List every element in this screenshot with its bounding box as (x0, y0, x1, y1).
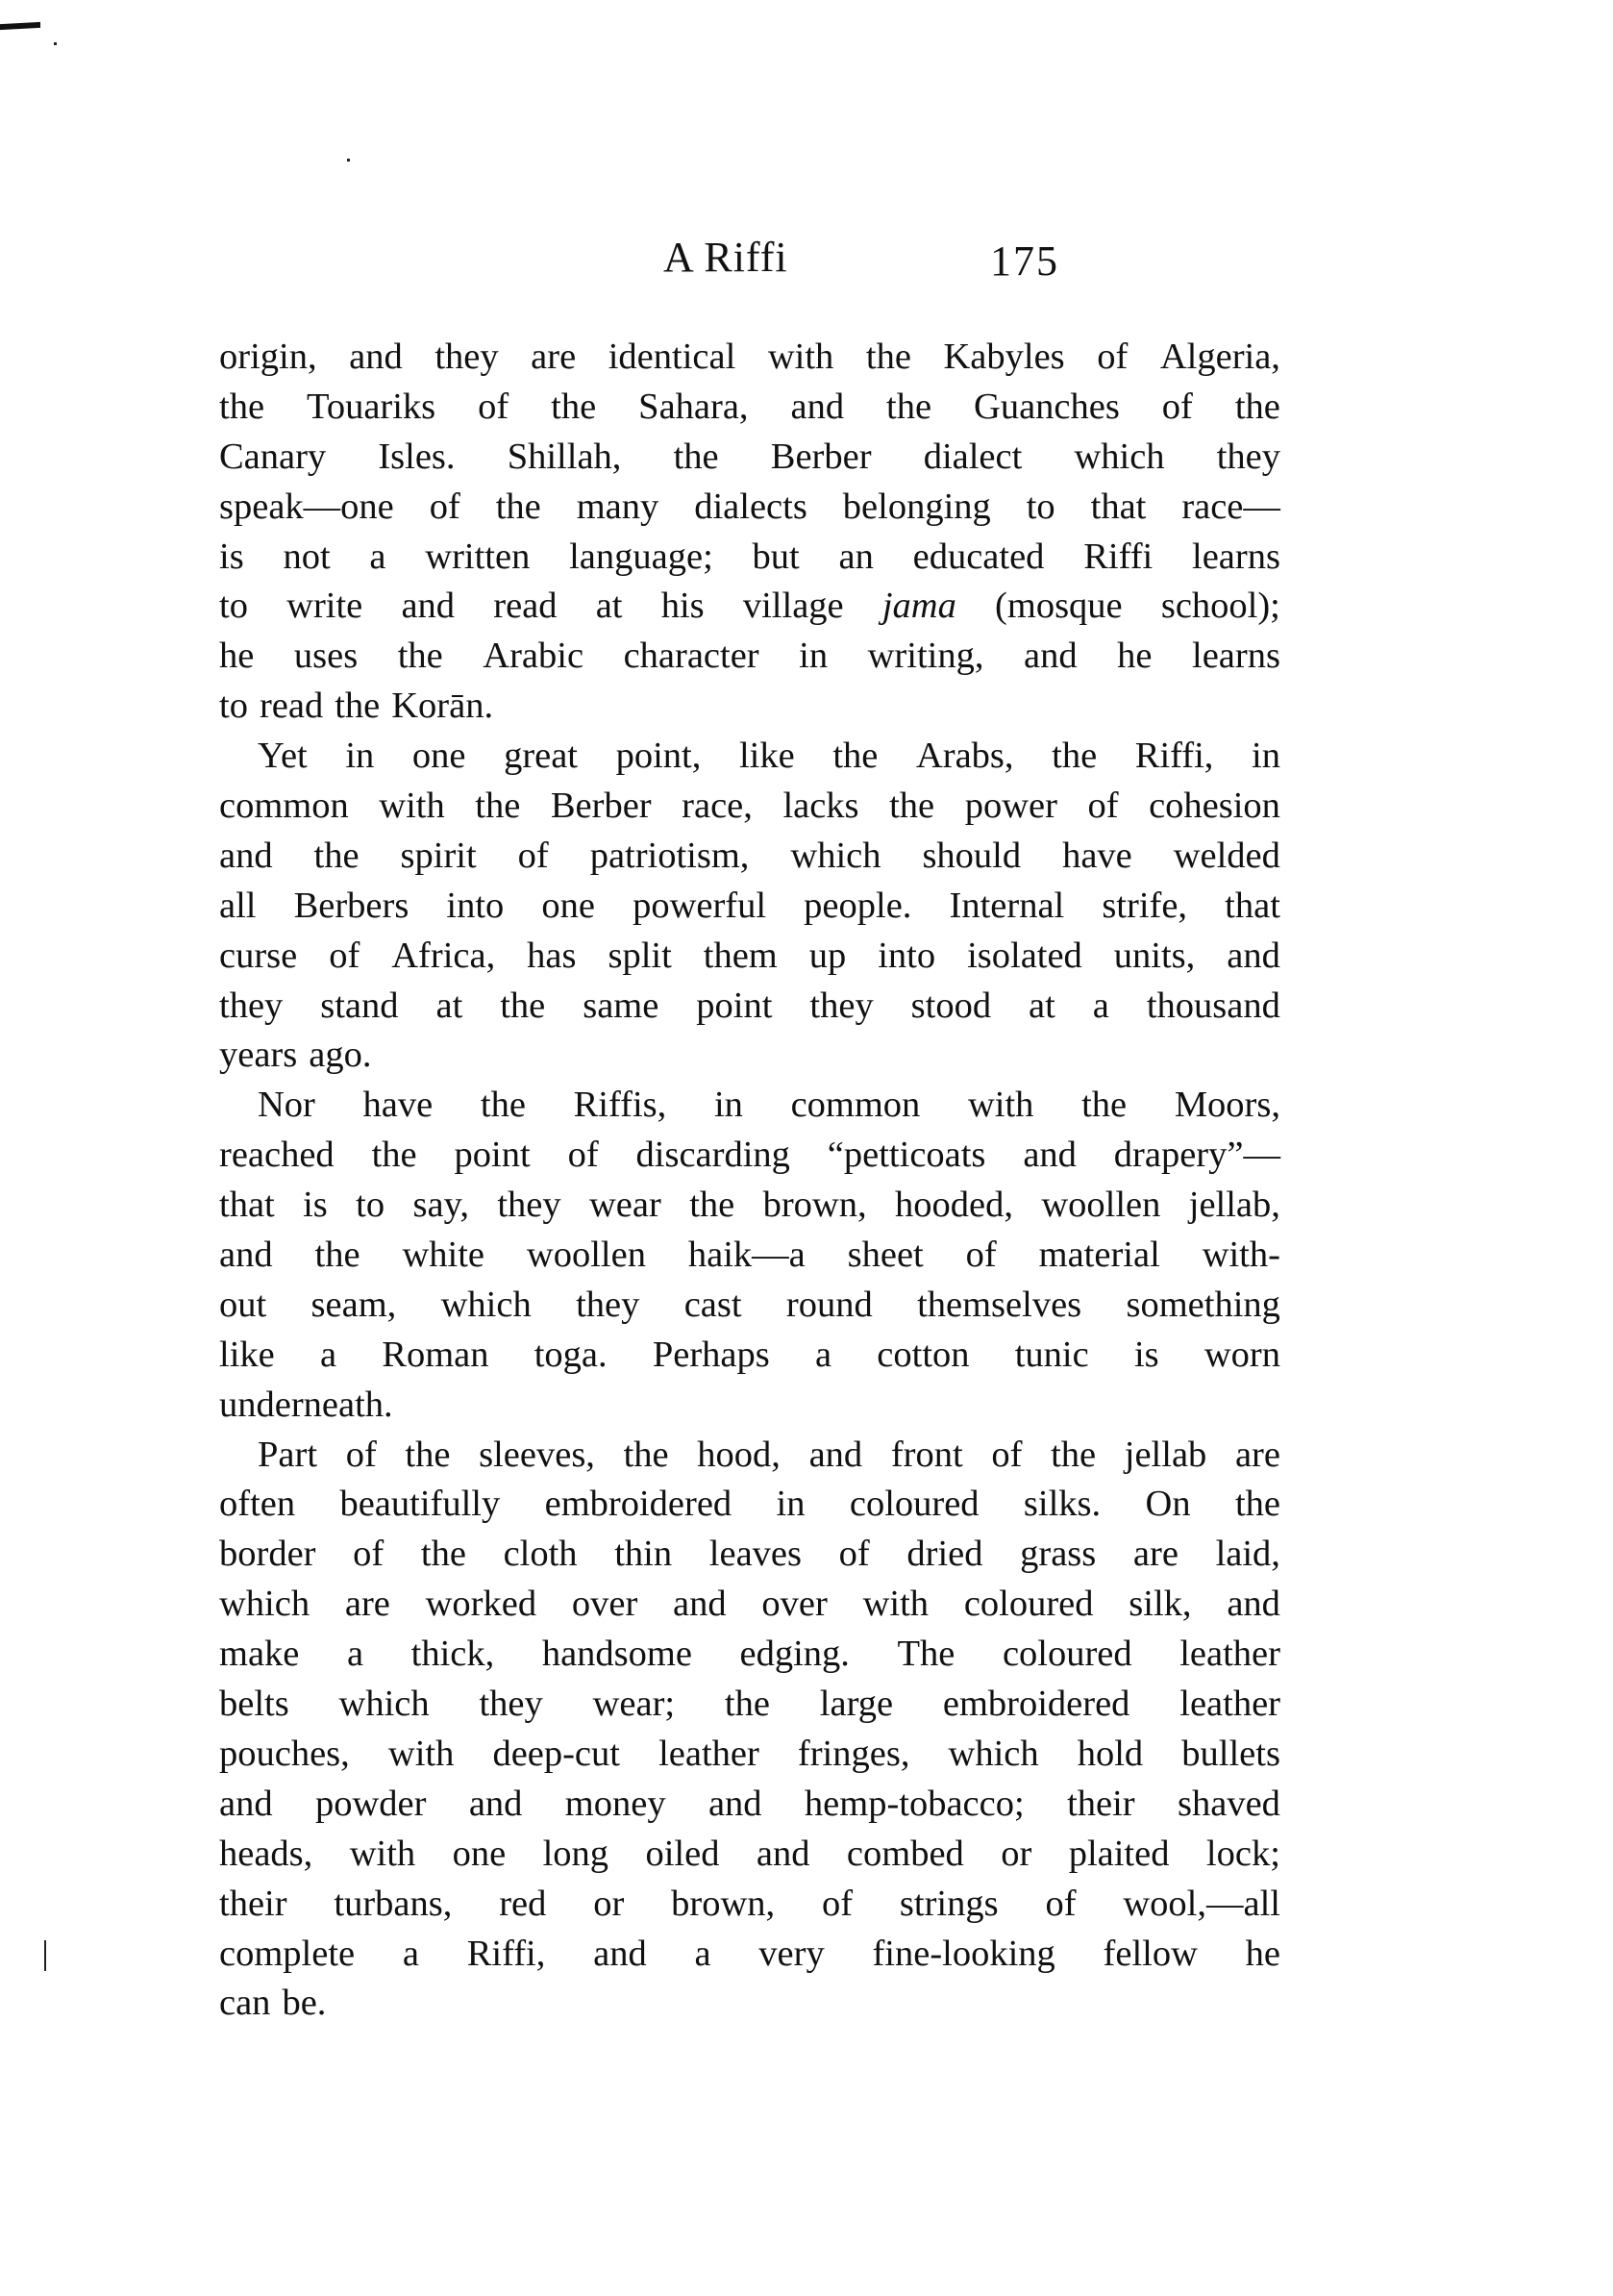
word: brown, (763, 1181, 867, 1231)
word: to (356, 1181, 385, 1231)
word: fellow (1104, 1930, 1198, 1980)
word: Yet (258, 732, 308, 782)
word: the (889, 782, 934, 832)
word: woollen (1041, 1181, 1160, 1231)
word: of (353, 1530, 384, 1580)
paragraph: Partofthesleeves,thehood,andfrontoftheje… (219, 1431, 1280, 2030)
word: many (577, 483, 659, 533)
word: grass (1020, 1530, 1096, 1580)
text-line: canbe. (219, 1979, 1280, 2029)
word: drapery”— (1114, 1131, 1280, 1181)
word: edging. (740, 1630, 850, 1680)
word: oiled (645, 1830, 719, 1880)
text-line: andpowderandmoneyandhemp-tobacco;theirsh… (219, 1780, 1280, 1830)
running-title: A Riffi (663, 229, 788, 287)
word: point (455, 1131, 531, 1181)
word: of (1097, 333, 1128, 383)
word: the (886, 383, 931, 433)
word: of (1087, 782, 1118, 832)
word: dialect (924, 433, 1023, 483)
word: the (335, 682, 380, 732)
word: wear (589, 1181, 661, 1231)
word: point, (616, 732, 702, 782)
word: lacks (782, 782, 858, 832)
word: or (593, 1880, 624, 1930)
word: cloth (504, 1530, 578, 1580)
word: the (689, 1181, 734, 1231)
word: curse (219, 932, 297, 982)
text-line: outseam,whichtheycastroundthemselvessome… (219, 1281, 1280, 1331)
word: cotton (877, 1331, 969, 1381)
text-line: NorhavetheRiffis,incommonwiththeMoors, (219, 1081, 1280, 1131)
word: up (809, 932, 847, 982)
word: common (219, 782, 349, 832)
word: often (219, 1480, 295, 1530)
word: units, (1114, 932, 1196, 982)
word: race, (682, 782, 753, 832)
word: dialects (694, 483, 807, 533)
word: or (1001, 1830, 1031, 1880)
word: of (991, 1431, 1022, 1481)
word: common (791, 1081, 921, 1131)
word: thousand (1147, 982, 1280, 1032)
word: haik—a (688, 1231, 806, 1281)
word: and (1227, 932, 1280, 982)
word: turbans, (334, 1880, 452, 1930)
word: and (1227, 1580, 1280, 1630)
word: written (425, 533, 530, 583)
text-line: yearsago. (219, 1031, 1280, 1081)
word: that (219, 1181, 275, 1231)
word: race— (1181, 483, 1280, 533)
running-head: A Riffi 175 (0, 229, 1613, 287)
word: pouches, (219, 1730, 350, 1780)
word: the (1235, 1480, 1280, 1530)
word: wool,—all (1123, 1880, 1280, 1930)
word: of (568, 1131, 599, 1181)
word: white (402, 1231, 484, 1281)
word: stand (320, 982, 398, 1032)
word: leather (1179, 1630, 1280, 1680)
word: jellab (1125, 1431, 1207, 1481)
word: at (435, 982, 462, 1032)
word: spirit (401, 832, 477, 882)
word: “petticoats (828, 1131, 986, 1181)
scan-artifact-dot (347, 159, 350, 162)
word: the (421, 1530, 466, 1580)
word: Arabic (483, 632, 583, 682)
word: of (346, 1431, 377, 1481)
word: bullets (1181, 1730, 1280, 1780)
word: border (219, 1530, 315, 1580)
word: in (1252, 732, 1280, 782)
word: the (496, 483, 541, 533)
word: language; (569, 533, 713, 583)
word: with (379, 782, 444, 832)
word: deep-cut (492, 1730, 620, 1780)
word: Moors, (1175, 1081, 1280, 1131)
word: years (219, 1031, 297, 1081)
word: the (832, 732, 878, 782)
text-line: speak—oneofthemanydialectsbelongingtotha… (219, 483, 1280, 533)
word: they (1217, 433, 1280, 483)
word: power (965, 782, 1057, 832)
word: Touariks (307, 383, 435, 433)
word: Nor (258, 1081, 315, 1131)
word: heads, (219, 1830, 312, 1880)
word: coloured (1003, 1630, 1132, 1680)
word: worn (1204, 1331, 1280, 1381)
paragraph: origin,andtheyareidenticalwiththeKabyles… (219, 333, 1280, 732)
word: they (497, 1181, 560, 1231)
word: plaited (1069, 1830, 1170, 1880)
word: make (219, 1630, 299, 1680)
word: red (499, 1880, 546, 1930)
word: and (349, 333, 403, 383)
word: reached (219, 1131, 335, 1181)
word: wear; (593, 1680, 676, 1730)
word: long (543, 1830, 608, 1880)
word: them (704, 932, 778, 982)
word: Kabyles (943, 333, 1064, 383)
word: tunic (1015, 1331, 1089, 1381)
word: and (757, 1830, 810, 1880)
word: silk, (1129, 1580, 1191, 1630)
word: leaves (709, 1530, 802, 1580)
text-line: heusestheArabiccharacterinwriting,andhel… (219, 632, 1280, 682)
text-line: whichareworkedoverandoverwithcolouredsil… (219, 1580, 1280, 1630)
text-line: theirturbans,redorbrown,ofstringsofwool,… (219, 1880, 1280, 1930)
word: Korān. (391, 682, 493, 732)
word: Shillah, (508, 433, 622, 483)
word: of (478, 383, 509, 433)
scan-artifact-bar (44, 1940, 46, 1971)
word: origin, (219, 333, 317, 383)
word: split (608, 932, 671, 982)
text-line: borderofthecloththinleavesofdriedgrassar… (219, 1530, 1280, 1580)
word: of (966, 1231, 997, 1281)
word: one (412, 732, 466, 782)
word: Riffis, (574, 1081, 667, 1131)
word: leather (1179, 1680, 1280, 1730)
word: the (314, 832, 360, 882)
word: strife, (1102, 882, 1187, 932)
word: which (441, 1281, 532, 1331)
word: read (260, 682, 323, 732)
word: woollen (527, 1231, 646, 1281)
word: speak—one (219, 483, 394, 533)
word: and (219, 1780, 273, 1830)
word: one (541, 882, 595, 932)
text-line: isnotawrittenlanguage;butaneducatedRiffi… (219, 533, 1280, 583)
word: very (758, 1930, 824, 1980)
word: powerful (633, 882, 766, 932)
word: that (1225, 882, 1280, 932)
word: say, (413, 1181, 469, 1231)
word: but (753, 533, 800, 583)
word: On (1146, 1480, 1191, 1530)
word: educated (913, 533, 1045, 583)
word: the (1051, 1431, 1096, 1481)
word: are (1235, 1431, 1280, 1481)
page-number: 175 (990, 233, 1059, 290)
text-line: makeathick,handsomeedging.Thecolouredlea… (219, 1630, 1280, 1680)
word: welded (1174, 832, 1280, 882)
word: strings (900, 1880, 999, 1930)
word: a (347, 1630, 363, 1680)
paragraph: Yetinonegreatpoint,liketheArabs,theRiffi… (219, 732, 1280, 1081)
scan-artifact-dot (54, 42, 57, 45)
word: writing, (868, 632, 984, 682)
text-line: completeaRiffi,andaveryfine-lookingfello… (219, 1930, 1280, 1980)
word: they (479, 1680, 542, 1730)
word: to (1027, 483, 1055, 533)
text-line: allBerbersintoonepowerfulpeople.Internal… (219, 882, 1280, 932)
word: his (661, 582, 705, 632)
word: large (820, 1680, 893, 1730)
word: Algeria, (1160, 333, 1280, 383)
word: over (761, 1580, 827, 1630)
word: cast (684, 1281, 742, 1331)
word: identical (608, 333, 736, 383)
word: and (1023, 1131, 1077, 1181)
word: embroidered (545, 1480, 732, 1530)
word: (mosque (995, 582, 1123, 632)
word: with (388, 1730, 454, 1780)
word: stood (911, 982, 991, 1032)
word: character (624, 632, 759, 682)
word: belts (219, 1680, 289, 1730)
word: Berber (551, 782, 652, 832)
word: sheet (848, 1231, 924, 1281)
word: point (696, 982, 772, 1032)
word: is (1134, 1331, 1159, 1381)
word: should (922, 832, 1021, 882)
word: the (475, 782, 520, 832)
word: great (504, 732, 578, 782)
word: the (405, 1431, 450, 1481)
text-line: origin,andtheyareidenticalwiththeKabyles… (219, 333, 1280, 383)
word: of (1045, 1880, 1076, 1930)
word: over (572, 1580, 637, 1630)
word: and (673, 1580, 727, 1630)
word: discarding (636, 1131, 790, 1181)
text-line: reachedthepointofdiscarding“petticoatsan… (219, 1131, 1280, 1181)
word: have (1062, 832, 1132, 882)
word: fringes, (798, 1730, 910, 1780)
word: lock; (1206, 1830, 1280, 1880)
word: Guanches (974, 383, 1120, 433)
word: Arabs, (916, 732, 1014, 782)
word: toga. (534, 1331, 608, 1381)
word: people. (804, 882, 911, 932)
text-line: Yetinonegreatpoint,liketheArabs,theRiffi… (219, 732, 1280, 782)
word: shaved (1178, 1780, 1280, 1830)
word: the (551, 383, 596, 433)
word: themselves (917, 1281, 1081, 1331)
word: school); (1161, 582, 1280, 632)
text-line: andthewhitewoollenhaik—asheetofmaterialw… (219, 1231, 1280, 1281)
word: thick, (411, 1630, 495, 1680)
word: isolated (967, 932, 1082, 982)
word: like (739, 732, 795, 782)
word: at (596, 582, 623, 632)
word: laid, (1216, 1530, 1280, 1580)
word: coloured (850, 1480, 980, 1530)
word: which (219, 1580, 310, 1630)
word: read (493, 582, 557, 632)
word: handsome (542, 1630, 692, 1680)
word: all (219, 882, 256, 932)
word: be. (282, 1979, 326, 2029)
word: that (1091, 483, 1147, 533)
word: he (1246, 1930, 1280, 1980)
word: of (1162, 383, 1193, 433)
word: powder (315, 1780, 426, 1830)
word: a (320, 1331, 336, 1381)
word: brown, (671, 1880, 775, 1930)
word: Roman (382, 1331, 488, 1381)
word: a (1093, 982, 1109, 1032)
text-line: toreadtheKorān. (219, 682, 1280, 732)
word: out (219, 1281, 266, 1331)
word: silks. (1024, 1480, 1101, 1530)
word: jellab, (1189, 1181, 1280, 1231)
word: Internal (950, 882, 1065, 932)
word: hood, (697, 1431, 781, 1481)
word: combed (847, 1830, 964, 1880)
word: to (219, 582, 248, 632)
word: in (714, 1081, 743, 1131)
word: seam, (311, 1281, 397, 1331)
word: into (446, 882, 504, 932)
word: of (430, 483, 460, 533)
word: a (403, 1930, 419, 1980)
text-line: Partofthesleeves,thehood,andfrontoftheje… (219, 1431, 1280, 1481)
word: Riffi, (1135, 732, 1214, 782)
word: with- (1203, 1231, 1280, 1281)
word: Sahara, (638, 383, 748, 433)
word: the (500, 982, 545, 1032)
word: uses (294, 632, 358, 682)
word: thin (614, 1530, 672, 1580)
word: coloured (964, 1580, 1094, 1630)
word: jama (882, 582, 956, 632)
word: front (891, 1431, 963, 1481)
word: and (790, 383, 844, 433)
word: learns (1192, 632, 1280, 682)
word: the (624, 1431, 669, 1481)
word: sleeves, (479, 1431, 595, 1481)
word: with (768, 333, 833, 383)
word: Perhaps (653, 1331, 770, 1381)
body-text: origin,andtheyareidenticalwiththeKabyles… (219, 333, 1280, 2029)
word: of (329, 932, 360, 982)
word: Berber (771, 433, 872, 483)
word: the (481, 1081, 526, 1131)
word: with (350, 1830, 415, 1880)
text-line: heads,withonelongoiledandcombedorplaited… (219, 1830, 1280, 1880)
word: and (219, 832, 273, 882)
word: Berbers (294, 882, 409, 932)
word: the (1052, 732, 1097, 782)
word: and (708, 1780, 762, 1830)
word: is (219, 533, 244, 583)
word: Canary (219, 433, 326, 483)
word: Isles. (378, 433, 455, 483)
word: underneath. (219, 1381, 393, 1431)
text-line: CanaryIsles.Shillah,theBerberdialectwhic… (219, 433, 1280, 483)
word: the (725, 1680, 770, 1730)
word: the (866, 333, 911, 383)
paragraph: NorhavetheRiffis,incommonwiththeMoors,re… (219, 1081, 1280, 1430)
word: of (839, 1530, 870, 1580)
word: with (863, 1580, 929, 1630)
word: they (434, 333, 498, 383)
word: into (878, 932, 935, 982)
word: which (790, 832, 881, 882)
word: they (809, 982, 873, 1032)
word: they (576, 1281, 639, 1331)
word: in (345, 732, 374, 782)
word: embroidered (943, 1680, 1130, 1730)
book-page: A Riffi 175 origin,andtheyareidenticalwi… (0, 0, 1613, 2296)
word: same (583, 982, 658, 1032)
word: hooded, (895, 1181, 1013, 1231)
word: Part (258, 1431, 317, 1481)
word: hemp-tobacco; (805, 1780, 1025, 1830)
word: fine-looking (872, 1930, 1055, 1980)
text-line: theTouariksoftheSahara,andtheGuanchesoft… (219, 383, 1280, 433)
word: they (219, 982, 283, 1032)
text-line: pouches,withdeep-cutleatherfringes,which… (219, 1730, 1280, 1780)
word: are (1133, 1530, 1179, 1580)
text-line: towriteandreadathisvillagejama(mosquesch… (219, 582, 1280, 632)
word: cohesion (1149, 782, 1280, 832)
word: write (286, 582, 362, 632)
word: and (401, 582, 455, 632)
word: not (283, 533, 330, 583)
text-line: thatistosay,theywearthebrown,hooded,wool… (219, 1181, 1280, 1231)
word: the (1235, 383, 1280, 433)
word: Africa, (391, 932, 495, 982)
word: the (219, 383, 264, 433)
text-line: commonwiththeBerberrace,lacksthepowerofc… (219, 782, 1280, 832)
word: the (674, 433, 719, 483)
scan-artifact-mark (0, 22, 40, 30)
word: and (469, 1780, 523, 1830)
word: is (303, 1181, 328, 1231)
word: can (219, 1979, 270, 2029)
text-line: beltswhichtheywear;thelargeembroideredle… (219, 1680, 1280, 1730)
word: and (219, 1231, 273, 1281)
word: their (1067, 1780, 1135, 1830)
word: round (786, 1281, 873, 1331)
word: a (369, 533, 385, 583)
word: Riffi, (467, 1930, 546, 1980)
word: beautifully (339, 1480, 500, 1530)
word: to (219, 682, 248, 732)
word: something (1127, 1281, 1280, 1331)
word: an (839, 533, 874, 583)
word: The (898, 1630, 955, 1680)
word: of (518, 832, 549, 882)
word: one (453, 1830, 507, 1880)
word: which (1074, 433, 1164, 483)
word: the (315, 1231, 360, 1281)
word: complete (219, 1930, 355, 1980)
word: their (219, 1880, 287, 1930)
